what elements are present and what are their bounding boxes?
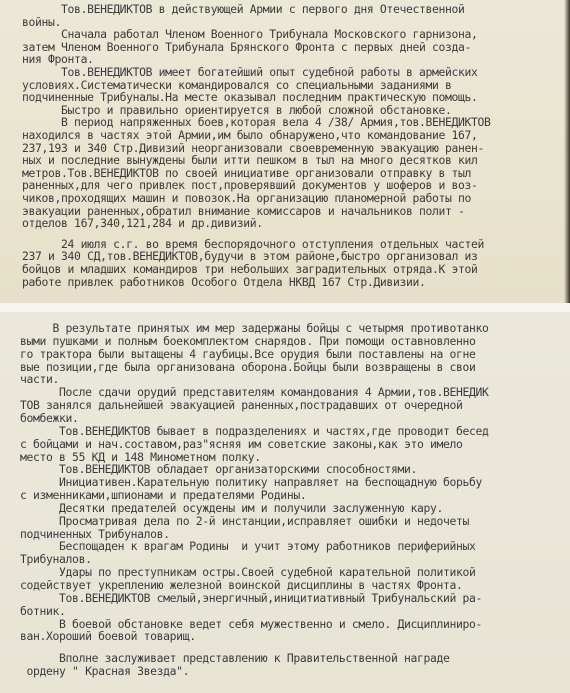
document-text-line: отделов 167,340,121,284 и др.дивизий.: [22, 217, 263, 230]
document-text-line: го трактора были вытащены 4 гаубицы.Все …: [20, 348, 476, 361]
document-text-line: бомбежки.: [20, 412, 79, 425]
document-page-bottom-fragment: В результате принятых им мер задержаны б…: [0, 312, 570, 693]
document-text-line: Тов.ВЕНЕДИКТОВ смелый,энергичный,иницити…: [20, 592, 482, 605]
document-text-line: выми пушками и полным боекомплектом снар…: [20, 335, 476, 348]
document-text-line: Десятки предателей осуждены им и получил…: [20, 502, 443, 515]
document-text-line: Просматривая дела по 2-й инстанции,испра…: [20, 515, 469, 528]
document-text-line: вые позиции,где была организована оборон…: [20, 361, 476, 374]
document-text-line: ван.Хороший боевой товарищ.: [20, 630, 196, 643]
document-text-line: Тов.ВЕНЕДИКТОВ в действующей Армии с пер…: [22, 3, 465, 16]
document-text-line: ботник.: [20, 605, 66, 618]
document-text-line: работе привлек работников Особого Отдела…: [22, 276, 425, 289]
document-page-top-fragment: Тов.ВЕНЕДИКТОВ в действующей Армии с пер…: [0, 0, 570, 303]
document-text-line: с бойцами и нач.составом,раз"ясняя им со…: [20, 438, 463, 451]
document-text-line: ТОВ занялся дальнейшей эвакуацией раненн…: [20, 399, 463, 412]
document-text-line: ордену " Красная Звезда".: [20, 665, 189, 678]
document-text-line: Тов.ВЕНЕДИКТОВ бывает в подразделениях и…: [20, 425, 489, 438]
